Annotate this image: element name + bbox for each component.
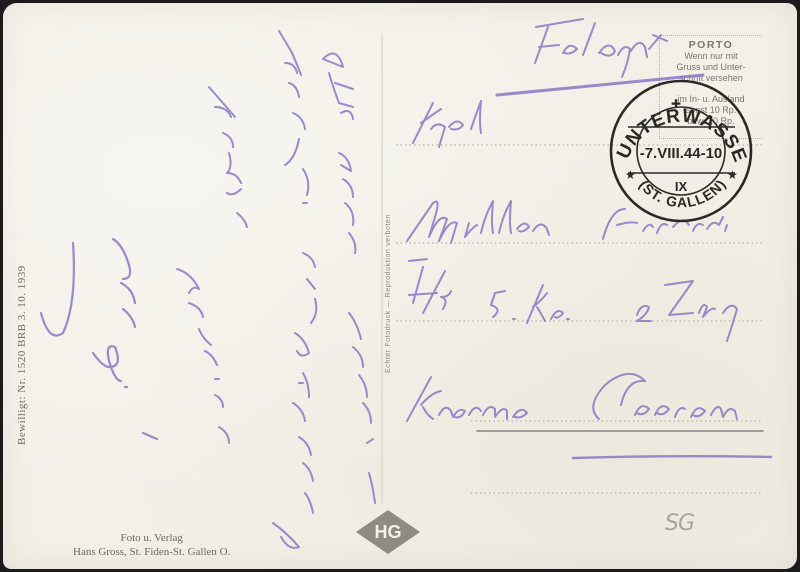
svg-text:✚: ✚ <box>671 97 681 111</box>
svg-text:-7.VIII.44-10: -7.VIII.44-10 <box>640 145 723 162</box>
location-script-2 <box>593 374 737 419</box>
signature-stroke-2 <box>93 239 157 439</box>
svg-text:★: ★ <box>727 168 738 182</box>
message-line-2b <box>303 253 316 323</box>
name-script-2 <box>603 209 727 239</box>
message-line-4 <box>177 269 229 443</box>
lower-underline <box>573 456 771 458</box>
signature-stroke-1 <box>41 243 74 336</box>
publisher-logo-icon: HG <box>356 510 420 554</box>
svg-text:HG: HG <box>375 522 402 542</box>
feldpost-script <box>535 19 667 77</box>
rank-script <box>413 101 481 147</box>
message-line-3 <box>209 87 247 227</box>
message-line-1a <box>323 54 353 119</box>
svg-text:UNTERWASSER: UNTERWASSER <box>3 3 751 166</box>
handwriting <box>41 19 771 548</box>
svg-text:IX: IX <box>675 179 688 194</box>
unit-script-3 <box>637 281 737 341</box>
message-line-1b <box>339 153 355 253</box>
unit-script-2 <box>491 285 569 323</box>
message-line-2 <box>279 31 308 203</box>
svg-text:★: ★ <box>625 168 636 182</box>
name-script-1 <box>407 201 549 243</box>
message-line-5 <box>349 313 375 503</box>
message-line-6 <box>273 333 313 548</box>
location-script-1 <box>407 377 527 421</box>
unit-script-1 <box>409 259 451 313</box>
postcard-back: Bewilligt: Nr. 1520 BRB 3. 10. 1939 Echt… <box>3 3 797 569</box>
feldpost-underline <box>497 75 703 95</box>
postmark: UNTERWASSER (ST. GALLEN) -7.VIII.44-10 I… <box>3 3 751 221</box>
card-artwork: HG <box>3 3 797 569</box>
